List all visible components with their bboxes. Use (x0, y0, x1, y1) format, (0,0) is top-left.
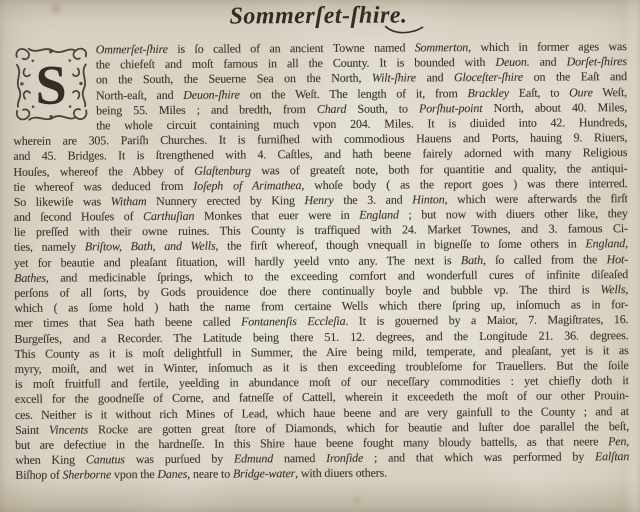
proper-noun: Glaſtenburg (194, 163, 251, 177)
body-text-segment: the 3. and (334, 192, 413, 206)
body-text-segment: yet for beautie and pleaſant ſituation, … (14, 253, 461, 270)
body-text-segment: Saint (15, 422, 49, 436)
body-text-segment: on the Weſt. The length of it, from (240, 86, 468, 101)
body-text-segment: Nunnery erected by King (146, 193, 304, 208)
body-text-segment: North, about 40. Miles, (482, 100, 627, 115)
proper-noun: Ioſeph of Arimathea (193, 178, 301, 193)
body-text-segment: and (529, 55, 566, 69)
proper-noun: Hot- (607, 252, 628, 266)
proper-noun: Canutus (86, 452, 125, 466)
proper-noun: Edmund (234, 451, 273, 465)
proper-noun: Wilt-ſhire (372, 71, 416, 85)
body-text-segment: Eaſt, to (509, 85, 569, 99)
body-text-segment: , which in former ages was (468, 39, 627, 54)
document-page-scan: Sommerſet-ſhire. (0, 0, 640, 512)
body-text-segment: named (273, 451, 326, 465)
body-text-segment: mer times that Sea hath beene called (14, 315, 241, 330)
page-title-text: Sommerſet-ſhire. (229, 2, 407, 29)
body-text-segment: and ſecond Houſes of (14, 209, 143, 224)
body-text-segment: was of greateſt note, both for quantitie… (251, 161, 628, 177)
body-text-segment: when King (15, 452, 86, 466)
ornate-initial-block: S (13, 44, 90, 123)
proper-noun: Pen (608, 434, 626, 448)
body-text-segment: on the South, the Seuerne Sea on the Nor… (96, 71, 372, 87)
proper-noun: Deuon. (495, 55, 529, 69)
body-text-segment: . It is gouerned by a Maior, 7. Magiſtra… (345, 312, 628, 328)
body-text: S Ommerſet-ſhire is ſo called of an anci… (13, 39, 630, 483)
body-text-segment: the whole circuit containing much vpon 2… (96, 115, 627, 132)
proper-noun: Gloceſter-ſhire (454, 70, 523, 84)
proper-noun: Brackley (467, 85, 509, 99)
proper-noun: Fontanenſis Eccleſia (241, 314, 345, 329)
proper-noun: Hinton (412, 192, 445, 206)
body-text-segment: ties, namely (14, 240, 85, 254)
body-text-segment: Weſt, (593, 85, 627, 99)
body-text-segment: and (416, 71, 454, 85)
text-line: Biſhop of Sherborne vpon the Danes, near… (15, 464, 629, 483)
proper-noun: Bathes (14, 270, 46, 284)
body-text-segment: North-eaſt, and (96, 87, 183, 102)
proper-noun: England (585, 237, 625, 251)
body-text-segment: , (625, 237, 628, 251)
proper-noun: Danes (157, 467, 187, 481)
proper-noun: Chard (317, 102, 347, 116)
proper-noun: Bath (461, 253, 483, 267)
body-text-segment: Monkes that euer were in (194, 208, 359, 223)
body-text-segment: So likewiſe was (14, 194, 111, 209)
body-text-segment: ; and that which was performed by (363, 449, 595, 464)
body-text-segment: on the Eaſt and (523, 69, 627, 84)
proper-noun: Wells (600, 282, 625, 296)
body-text-segment: Biſhop of (15, 468, 62, 482)
proper-noun: England (359, 208, 399, 222)
body-text-segment: vpon the (111, 467, 157, 481)
body-text-segment: ; but now with diuers other like, they (399, 206, 628, 221)
body-text-segment: tie whereof was deduced from (14, 178, 194, 193)
proper-noun: Ommerſet-ſhire (96, 42, 168, 56)
body-text-segment: is ſo called of an ancient Towne named (168, 40, 415, 56)
title-flourish (385, 23, 429, 35)
page-content: Sommerſet-ſhire. (0, 0, 640, 512)
proper-noun: Henry (304, 193, 333, 207)
proper-noun: Ealſtan (595, 449, 629, 463)
proper-noun: Witham (111, 194, 147, 208)
proper-noun: Ironſide (326, 451, 363, 465)
body-text-segment: , which were afterwards the firſt (445, 191, 628, 206)
proper-noun: Vincents (49, 422, 88, 436)
body-text-segment: , (626, 434, 629, 448)
proper-noun: Sherborne (62, 468, 111, 482)
body-text-segment: , whoſe body ( as the report goes ) was … (301, 176, 627, 192)
proper-noun: Carthuſian (143, 209, 194, 223)
proper-noun: Porſhut-point (419, 101, 482, 115)
body-text-segment: being 55. Miles ; and bredth, from (96, 102, 317, 117)
body-text-segment: South, to (346, 101, 419, 115)
drop-cap-letter: S (35, 55, 66, 117)
body-text-segment: Houſes, whereof the Abbey of (13, 163, 194, 178)
proper-noun: Sommerton (415, 40, 468, 54)
proper-noun: Briſtow, Bath, and Wells (85, 239, 216, 254)
floral-ornament: S (13, 44, 90, 123)
body-text-segment: , with diuers others. (295, 466, 387, 481)
body-text-segment: the chiefeſt and moſt famous in all the … (96, 55, 496, 71)
body-text-segment: , ſo called from the (483, 252, 607, 267)
body-text-segment: , the firſt whereof, though vnequall in … (215, 237, 585, 253)
page-title: Sommerſet-ſhire. (0, 1, 639, 32)
proper-noun: Bridge-water (233, 466, 295, 480)
proper-noun: Dorſet-ſhires (567, 54, 627, 68)
body-text-segment: , (625, 282, 628, 296)
proper-noun: Deuon-ſhire (183, 87, 240, 101)
proper-noun: Oure (569, 85, 593, 99)
body-text-segment: , neare to (187, 467, 233, 481)
body-text-segment: was purſued by (125, 452, 234, 467)
